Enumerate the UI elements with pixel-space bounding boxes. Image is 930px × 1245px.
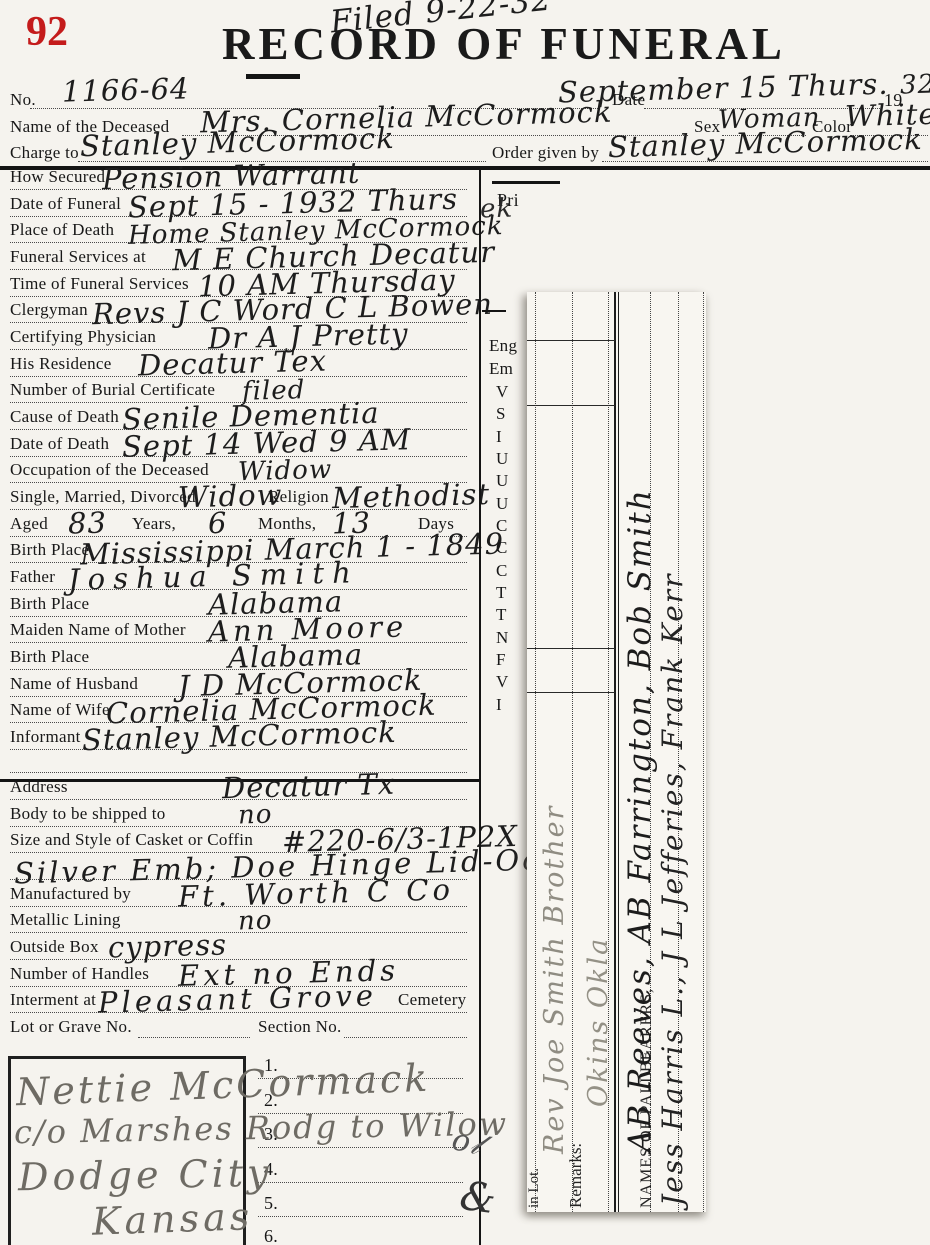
- page-title: RECORD OF FUNERAL: [222, 18, 786, 70]
- label-fragment: V: [496, 382, 509, 402]
- strip-ruled-line: [535, 292, 536, 1212]
- date-year-written: 32: [900, 72, 930, 99]
- remarks-value-line2: Okins Okla: [585, 852, 612, 1107]
- pallbearers-value-line2: Jess Harris L., J L Jefferies, Frank Ker…: [659, 600, 687, 1206]
- funeral-record-page: 92 RECORD OF FUNERAL Filed 9-22-32 No. 1…: [0, 0, 930, 1245]
- label-fragment: C: [496, 516, 508, 536]
- label-fragment: T: [496, 583, 507, 603]
- form-row-address: Address Decatur Tx: [10, 772, 467, 800]
- form-row-interment: Interment at Pleasant Grove Cemetery: [10, 985, 467, 1013]
- ink-flourish: ek: [480, 196, 514, 223]
- form-row-informant: Informant Stanley McCormock: [10, 722, 467, 750]
- page-number-stamp: 92: [26, 8, 68, 56]
- overlay-strip: in Lot. Remarks: NAMES OF PALLBEARERS, R…: [527, 292, 706, 1212]
- price-box-rule: [492, 181, 560, 184]
- strip-ruled-line: [703, 292, 704, 1212]
- order-given-value: Stanley McCormock: [608, 125, 923, 162]
- small-rule-fragment: [482, 310, 506, 312]
- label-fragment: S: [496, 404, 506, 424]
- pallbearers-value-line1: AB Reeves, AB Farrington, Bob Smith: [625, 300, 656, 1152]
- form-row-lot-section: Lot or Grave No. Section No.: [10, 1012, 467, 1039]
- list-line-6: 6.: [264, 1226, 278, 1245]
- section-underline: [344, 1037, 467, 1038]
- remarks-value-line1: Rev Joe Smith Brother: [541, 754, 568, 1154]
- label-fragment: F: [496, 650, 506, 670]
- form-row-his-residence: His Residence Decatur Tex: [10, 349, 467, 377]
- label-fragment: N: [496, 628, 509, 648]
- form-row-father: Father Joshua Smith: [10, 562, 467, 590]
- strip-ruled-line: [572, 292, 573, 1212]
- label-fragment: T: [496, 605, 507, 625]
- strip-solid-line: [618, 292, 619, 1212]
- charge-to-label: Charge to: [10, 143, 79, 163]
- label-fragment: I: [496, 427, 502, 447]
- pencil-note-city: Dodge City: [18, 1154, 273, 1196]
- form-row-date-of-funeral: Date of Funeral Sept 15 - 1932 Thurs: [10, 189, 467, 217]
- strip-cross-rule: [527, 405, 615, 406]
- title-underline: [246, 74, 300, 79]
- form-row-date-of-death: Date of Death Sept 14 Wed 9 AM: [10, 429, 467, 457]
- form-row-manufactured-by: Manufactured by Ft. Worth C Co: [10, 879, 467, 907]
- form-row-maiden-name-mother: Maiden Name of Mother Ann Moore: [10, 615, 467, 643]
- ink-flourish: o𝓁: [449, 1125, 485, 1161]
- strip-cross-rule: [527, 340, 615, 341]
- strip-solid-line: [614, 292, 616, 1212]
- pencil-note-state: Kansas: [91, 1197, 253, 1241]
- label-fragment: I: [496, 695, 502, 715]
- label-fragment: C: [496, 538, 508, 558]
- label-fragment: C: [496, 561, 508, 581]
- lot-underline: [138, 1037, 250, 1038]
- label-fragment: V: [496, 672, 509, 692]
- strip-cross-rule: [527, 648, 615, 649]
- no-value: 1166-64: [62, 74, 190, 106]
- label-fragment: U: [496, 471, 509, 491]
- engraving-label-fragment: Eng: [489, 336, 517, 356]
- strip-cross-rule: [527, 692, 615, 693]
- list-line-4: 4.: [258, 1162, 463, 1183]
- order-given-label: Order given by: [492, 143, 599, 163]
- no-label: No.: [10, 90, 36, 110]
- embalming-label-fragment: Em: [489, 359, 513, 379]
- list-line-5: 5.: [258, 1196, 463, 1217]
- ink-flourish: &: [457, 1176, 499, 1221]
- column-divider: [479, 168, 481, 1245]
- label-fragment: U: [496, 494, 509, 514]
- form-row-metallic-lining: Metallic Lining no: [10, 905, 467, 933]
- label-fragment: U: [496, 449, 509, 469]
- pencil-note-careof: c/o Marshes Rodg to Wilow: [14, 1108, 509, 1149]
